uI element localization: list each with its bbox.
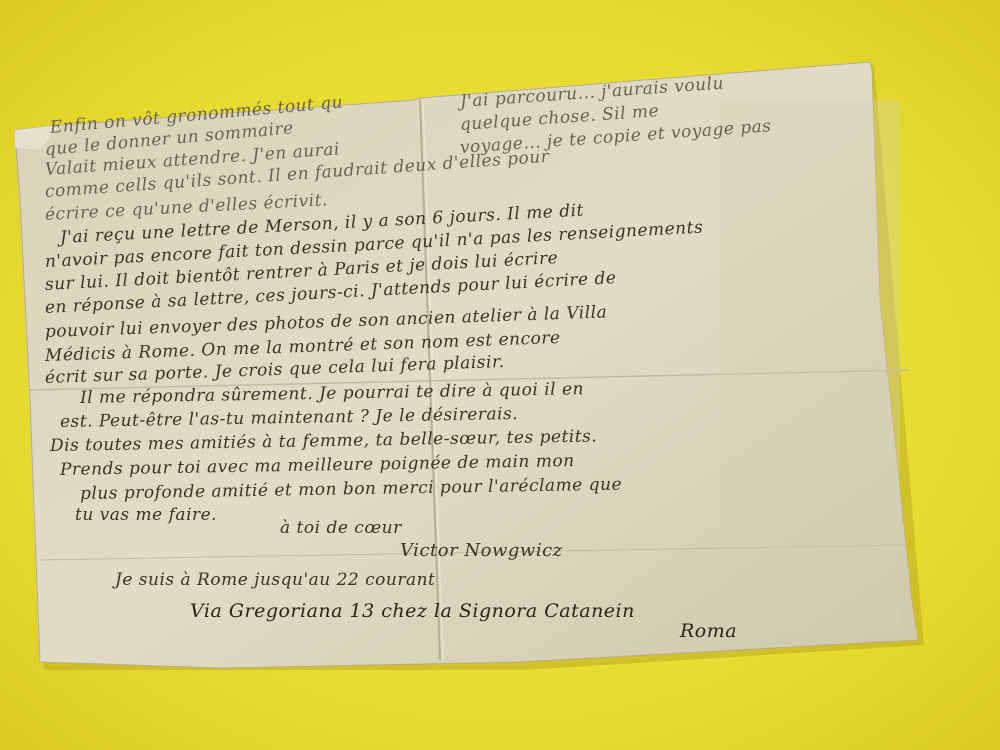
signature: Victor Nowgwicz	[400, 540, 563, 561]
letter-line: Prends pour toi avec ma meilleure poigné…	[60, 451, 575, 480]
letter-line: tu vas me faire.	[75, 505, 217, 525]
city-line: Roma	[680, 620, 737, 642]
location-line: Je suis à Rome jusqu'au 22 courant	[115, 570, 435, 590]
letter-text: Enfin on vôt gronommés tout qu que le do…	[0, 0, 1000, 750]
address-line: Via Gregoriana 13 chez la Signora Catane…	[190, 600, 635, 622]
letter-line: est. Peut-être l'as-tu maintenant ? Je l…	[60, 404, 518, 432]
letter-line: plus profonde amitié et mon bon merci po…	[80, 475, 622, 504]
letter-closing: à toi de cœur	[280, 518, 402, 538]
